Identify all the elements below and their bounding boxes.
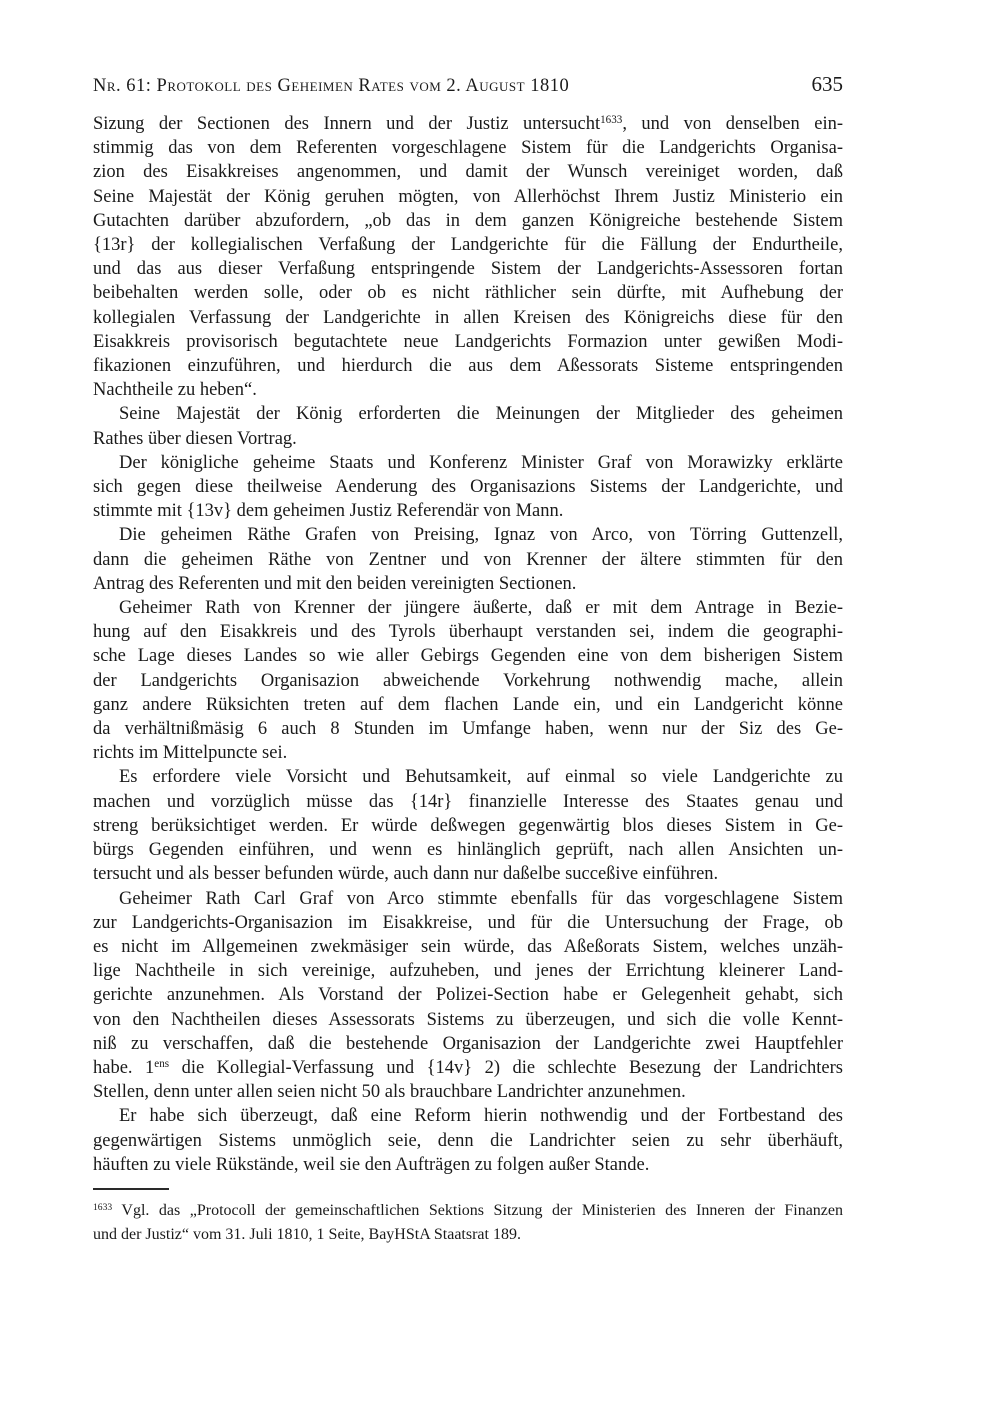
text-line: Geheimer Rath Carl Graf von Arco stimmte… — [93, 887, 843, 911]
header-title: Nr. 61: Protokoll des Geheimen Rates vom… — [93, 76, 569, 97]
footnote-separator — [93, 1188, 169, 1190]
running-header: Nr. 61: Protokoll des Geheimen Rates vom… — [93, 72, 843, 97]
text-line: stimmte mit {13v} dem geheimen Justiz Re… — [93, 499, 843, 523]
text-line: Eisakkreis provisorisch begutachtete neu… — [93, 330, 843, 354]
paragraph: Geheimer Rath von Krenner der jüngere äu… — [93, 596, 843, 765]
footnote-reference: 1633 — [600, 114, 622, 126]
text-line: tersucht und als besser befunden würde, … — [93, 862, 843, 886]
text-line: machen und vorzüglich müsse das {14r} fi… — [93, 790, 843, 814]
text-line: zur Landgerichts-Organisazion im Eisakkr… — [93, 911, 843, 935]
paragraph: Der königliche geheime Staats und Konfer… — [93, 451, 843, 524]
text-line: Sizung der Sectionen des Innern und der … — [93, 112, 843, 136]
footnote: 1633 Vgl. das „Protocoll der gemeinschaf… — [93, 1199, 843, 1248]
text-line: und das aus dieser Verfaßung entspringen… — [93, 257, 843, 281]
main-text: Sizung der Sectionen des Innern und der … — [93, 112, 843, 1177]
text-line: beibehalten werden solle, oder ob es nic… — [93, 281, 843, 305]
text-line: Antrag des Referenten und mit den beiden… — [93, 572, 843, 596]
text-line: gegenwärtigen Sistems unmöglich seie, de… — [93, 1129, 843, 1153]
text-line: es nicht im Allgemeinen zwekmäsiger sein… — [93, 935, 843, 959]
text-line: sche Lage dieses Landes so wie aller Geb… — [93, 644, 843, 668]
text-line: der Landgerichts Organisazion abweichend… — [93, 669, 843, 693]
text-line: 1633 Vgl. das „Protocoll der gemeinschaf… — [93, 1199, 843, 1223]
paragraph: Die geheimen Räthe Grafen von Preising, … — [93, 523, 843, 596]
text-line: ganz andere Rüksichten treten auf dem fl… — [93, 693, 843, 717]
text-line: Gutachten darüber abzufordern, „ob das i… — [93, 209, 843, 233]
text-line: Es erfordere viele Vorsicht und Behutsam… — [93, 765, 843, 789]
text-line: bürgs Gegenden einführen, und wenn es hi… — [93, 838, 843, 862]
text-line: habe. 1ens die Kollegial-Verfassung und … — [93, 1056, 843, 1080]
text-line: niß zu verschaffen, daß die bestehende O… — [93, 1032, 843, 1056]
paragraph: Geheimer Rath Carl Graf von Arco stimmte… — [93, 887, 843, 1105]
text-line: kollegialen Verfassung der Landgerichte … — [93, 306, 843, 330]
text-line: Geheimer Rath von Krenner der jüngere äu… — [93, 596, 843, 620]
text-line: stimmig das von dem Referenten vorgeschl… — [93, 136, 843, 160]
text-line: streng berüksichtiget werden. Er würde d… — [93, 814, 843, 838]
text-line: Seine Majestät der König geruhen mögten,… — [93, 185, 843, 209]
paragraph: Er habe sich überzeugt, daß eine Reform … — [93, 1104, 843, 1177]
text-line: zion des Eisakkreises angenommen, und da… — [93, 160, 843, 184]
page-number: 635 — [812, 72, 844, 97]
text-line: Er habe sich überzeugt, daß eine Reform … — [93, 1104, 843, 1128]
text-line: lige Nachtheile in sich vereinige, aufzu… — [93, 959, 843, 983]
footnote-reference: ens — [154, 1058, 169, 1070]
text-line: da verhältnißmäsig 6 auch 8 Stunden im U… — [93, 717, 843, 741]
text-line: {13r} der kollegialischen Verfaßung der … — [93, 233, 843, 257]
paragraph: Seine Majestät der König erforderten die… — [93, 402, 843, 450]
text-line: hung auf den Eisakkreis und des Tyrols ü… — [93, 620, 843, 644]
document-page: Nr. 61: Protokoll des Geheimen Rates vom… — [0, 0, 1004, 1418]
text-line: Nachtheile zu heben“. — [93, 378, 843, 402]
text-line: dann die geheimen Räthe von Zentner und … — [93, 548, 843, 572]
text-line: von den Nachtheilen dieses Assessorats S… — [93, 1008, 843, 1032]
text-line: gerichte anzunehmen. Als Vorstand der Po… — [93, 983, 843, 1007]
text-line: Seine Majestät der König erforderten die… — [93, 402, 843, 426]
text-line: und der Justiz“ vom 31. Juli 1810, 1 Sei… — [93, 1223, 843, 1247]
footnote-reference: 1633 — [93, 1202, 112, 1213]
text-line: sich gegen diese theilweise Aenderung de… — [93, 475, 843, 499]
text-line: Rathes über diesen Vortrag. — [93, 427, 843, 451]
text-line: Stellen, denn unter allen seien nicht 50… — [93, 1080, 843, 1104]
text-line: häuften zu viele Rükstände, weil sie den… — [93, 1153, 843, 1177]
text-line: Der königliche geheime Staats und Konfer… — [93, 451, 843, 475]
paragraph: Es erfordere viele Vorsicht und Behutsam… — [93, 765, 843, 886]
text-line: richts im Mittelpuncte sei. — [93, 741, 843, 765]
text-line: fikazionen einzuführen, und hierdurch di… — [93, 354, 843, 378]
text-line: Die geheimen Räthe Grafen von Preising, … — [93, 523, 843, 547]
paragraph: Sizung der Sectionen des Innern und der … — [93, 112, 843, 402]
